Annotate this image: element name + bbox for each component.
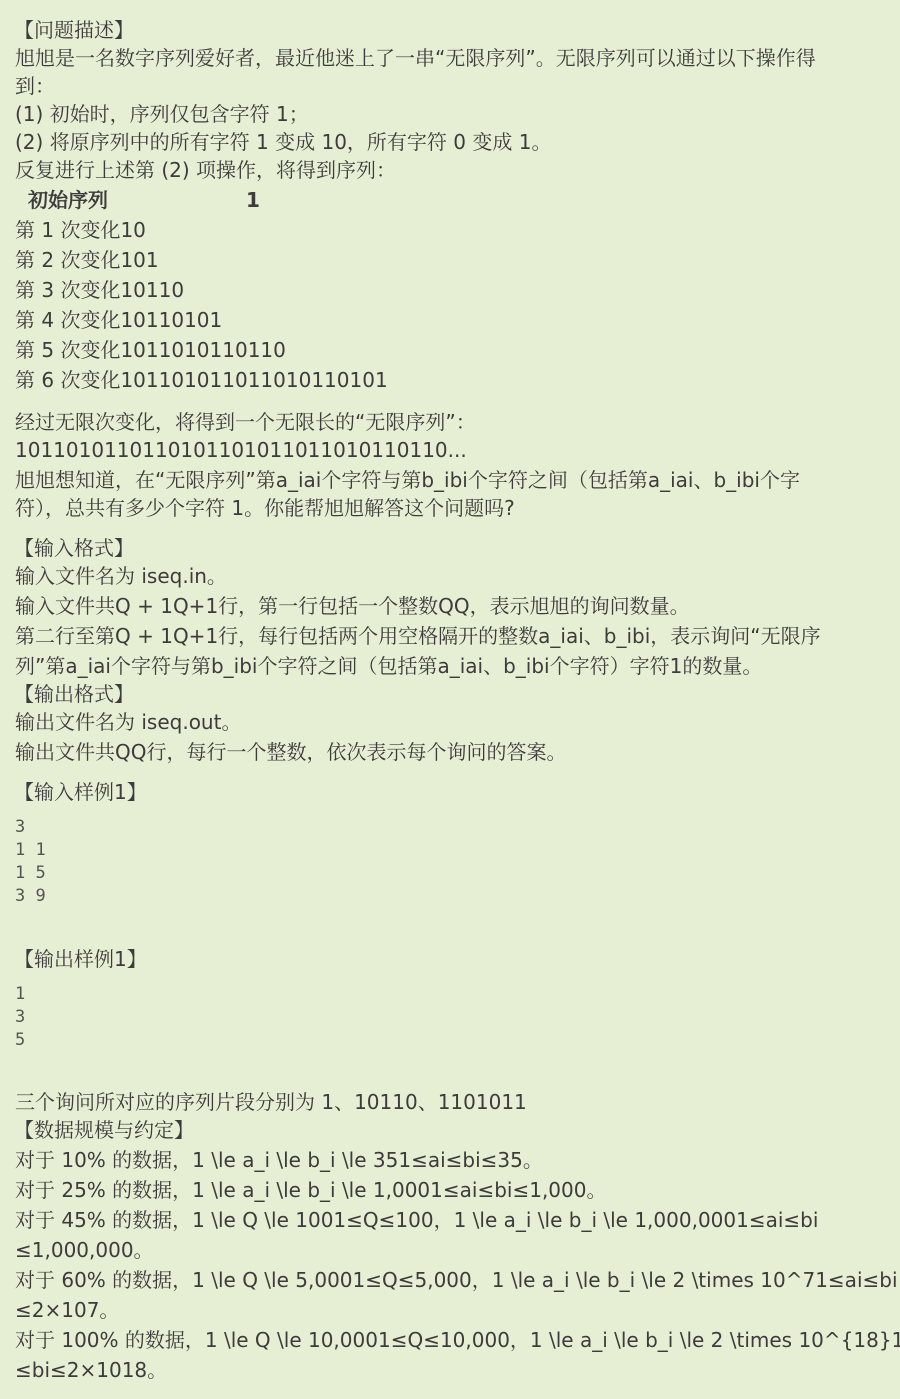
step-value: 1011010110110 bbox=[120, 338, 285, 362]
step-row: 第 3 次变化10110 bbox=[15, 276, 184, 304]
description-line: 到： bbox=[15, 72, 55, 100]
initial-sequence-value: 1 bbox=[246, 188, 260, 212]
description-line: (2) 将原序列中的所有字符 1 变成 10，所有字符 0 变成 1。 bbox=[15, 128, 551, 156]
infinite-intro: 经过无限次变化，将得到一个无限长的“无限序列”： bbox=[15, 408, 476, 436]
constraint-line: 对于 10% 的数据，1 \le a_i \le b_i \le 351≤ai≤… bbox=[15, 1146, 543, 1174]
step-value: 10110101 bbox=[120, 308, 222, 332]
step-label: 第 5 次变化 bbox=[15, 338, 120, 362]
constraint-line: 对于 45% 的数据，1 \le Q \le 1001≤Q≤100，1 \le … bbox=[15, 1206, 818, 1234]
section-header-input-format: 【输入格式】 bbox=[14, 534, 134, 562]
initial-sequence-label: 初始序列 bbox=[15, 186, 246, 214]
step-row: 第 5 次变化1011010110110 bbox=[15, 336, 286, 364]
step-row: 第 2 次变化101 bbox=[15, 246, 159, 274]
constraint-line: 对于 25% 的数据，1 \le a_i \le b_i \le 1,0001≤… bbox=[15, 1176, 606, 1204]
section-header-constraints: 【数据规模与约定】 bbox=[14, 1116, 194, 1144]
question-line: 旭旭想知道，在“无限序列”第a_iai个字符与第b_ibi个字符之间（包括第a_… bbox=[15, 466, 800, 494]
section-header-sample-output: 【输出样例1】 bbox=[14, 945, 147, 973]
description-line: (1) 初始时，序列仅包含字符 1； bbox=[15, 100, 309, 128]
sample-explanation: 三个询问所对应的序列片段分别为 1、10110、1101011 bbox=[15, 1088, 527, 1116]
step-value: 10110 bbox=[120, 278, 184, 302]
constraint-line: ≤2×107。 bbox=[15, 1296, 119, 1324]
step-label: 第 6 次变化 bbox=[15, 368, 120, 392]
section-header-description: 【问题描述】 bbox=[14, 16, 134, 44]
step-label: 第 2 次变化 bbox=[15, 248, 120, 272]
step-value: 101101011011010110101 bbox=[120, 368, 387, 392]
question-line: 符），总共有多少个字符 1。你能帮旭旭解答这个问题吗? bbox=[15, 494, 515, 522]
constraint-line: ≤bi≤2×1018。 bbox=[15, 1356, 167, 1384]
constraint-line: 对于 60% 的数据，1 \le Q \le 5,0001≤Q≤5,000，1 … bbox=[15, 1266, 898, 1294]
initial-sequence-row: 初始序列1 bbox=[15, 186, 260, 214]
step-value: 101 bbox=[120, 248, 158, 272]
description-line: 反复进行上述第 (2) 项操作，将得到序列： bbox=[15, 156, 396, 184]
input-format-line: 输入文件共Q + 1Q+1行，第一行包括一个整数QQ，表示旭旭的询问数量。 bbox=[15, 592, 690, 620]
step-row: 第 6 次变化101101011011010110101 bbox=[15, 366, 388, 394]
sample-output-line: 3 bbox=[15, 1006, 25, 1029]
problem-statement: 【问题描述】 旭旭是一名数字序列爱好者，最近他迷上了一串“无限序列”。无限序列可… bbox=[0, 0, 900, 1399]
sample-output-line: 1 bbox=[15, 983, 25, 1006]
output-format-line: 输出文件名为 iseq.out。 bbox=[15, 708, 241, 736]
step-label: 第 1 次变化 bbox=[15, 218, 120, 242]
infinite-sequence: 1011010110110101101011011010110110... bbox=[15, 436, 467, 464]
input-format-line: 第二行至第Q + 1Q+1行，每行包括两个用空格隔开的整数a_iai、b_ibi… bbox=[15, 622, 821, 650]
input-format-line: 输入文件名为 iseq.in。 bbox=[15, 562, 227, 590]
input-format-line: 列”第a_iai个字符与第b_ibi个字符之间（包括第a_iai、b_ibi个字… bbox=[15, 652, 762, 680]
step-value: 10 bbox=[120, 218, 145, 242]
section-header-output-format: 【输出格式】 bbox=[14, 680, 134, 708]
sample-output-line: 5 bbox=[15, 1029, 25, 1052]
constraint-line: 对于 100% 的数据，1 \le Q \le 10,0001≤Q≤10,000… bbox=[15, 1326, 900, 1354]
step-label: 第 4 次变化 bbox=[15, 308, 120, 332]
step-row: 第 4 次变化10110101 bbox=[15, 306, 222, 334]
sample-input-line: 3 9 bbox=[15, 885, 46, 908]
sample-input-line: 1 1 bbox=[15, 839, 46, 862]
step-label: 第 3 次变化 bbox=[15, 278, 120, 302]
output-format-line: 输出文件共QQ行，每行一个整数，依次表示每个询问的答案。 bbox=[15, 738, 566, 766]
section-header-sample-input: 【输入样例1】 bbox=[14, 778, 147, 806]
step-row: 第 1 次变化10 bbox=[15, 216, 146, 244]
sample-input-line: 3 bbox=[15, 816, 25, 839]
description-line: 旭旭是一名数字序列爱好者，最近他迷上了一串“无限序列”。无限序列可以通过以下操作… bbox=[15, 44, 816, 72]
constraint-line: ≤1,000,000。 bbox=[15, 1236, 154, 1264]
sample-input-line: 1 5 bbox=[15, 862, 46, 885]
